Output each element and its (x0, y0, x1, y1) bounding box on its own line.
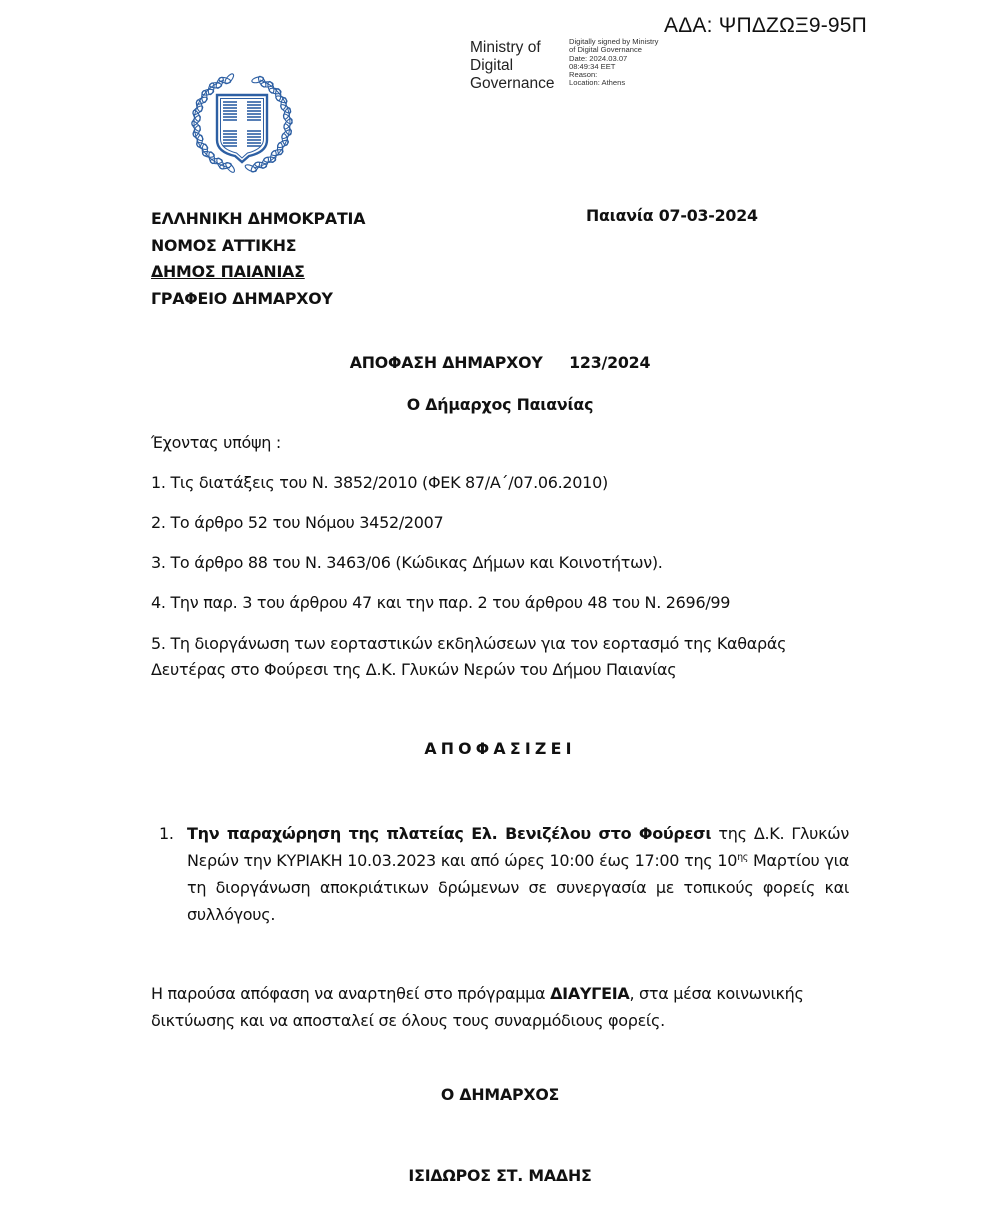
signature-metadata: Digitally signed by Ministry of Digital … (569, 38, 658, 88)
ordinal-superscript: ης (737, 852, 748, 863)
signature-org-line: Digital (470, 57, 554, 75)
decision-item-bold: Την παραχώρηση της πλατείας Ελ. Βενιζέλο… (187, 824, 711, 843)
decision-item-text: Την παραχώρηση της πλατείας Ελ. Βενιζέλο… (187, 820, 849, 928)
signatory-title: Ο ΔΗΜΑΡΧΟΣ (0, 1085, 1000, 1104)
decides-heading: ΑΠΟΦΑΣΙΖΕΙ (0, 739, 1000, 758)
decision-item-number: 1. (159, 820, 174, 847)
signature-org-line: Governance (470, 75, 554, 93)
signature-meta-line: Location: Athens (569, 79, 658, 87)
signatory-name: ΙΣΙΔΩΡΟΣ ΣΤ. ΜΑΔΗΣ (0, 1166, 1000, 1185)
decision-item: 1. Την παραχώρηση της πλατείας Ελ. Βενιζ… (159, 820, 849, 928)
considering-intro: Έχοντας υπόψη : (151, 433, 281, 452)
considering-item: 1. Τις διατάξεις του Ν. 3852/2010 (ΦΕΚ 8… (151, 473, 608, 492)
ada-code: ΑΔΑ: ΨΠΔΖΩΞ9-95Π (664, 14, 867, 38)
issuer-block: ΕΛΛΗΝΙΚΗ ΔΗΜΟΚΡΑΤΙΑ ΝΟΜΟΣ ΑΤΤΙΚΗΣ ΔΗΜΟΣ … (151, 206, 365, 312)
considering-item: 4. Την παρ. 3 του άρθρου 47 και την παρ.… (151, 593, 730, 612)
place-date: Παιανία 07-03-2024 (586, 206, 758, 225)
issuer-municipality: ΔΗΜΟΣ ΠΑΙΑΝΙΑΣ (151, 259, 365, 286)
considering-item: 5. Τη διοργάνωση των εορταστικών εκδηλώσ… (151, 631, 831, 683)
issuer-country: ΕΛΛΗΝΙΚΗ ΔΗΜΟΚΡΑΤΙΑ (151, 206, 365, 233)
signature-organization: Ministry of Digital Governance (470, 39, 554, 93)
considering-item: 2. Το άρθρο 52 του Νόμου 3452/2007 (151, 513, 443, 532)
publication-text: Η παρούσα απόφαση να αναρτηθεί στο πρόγρ… (151, 984, 550, 1003)
considering-item: 3. Το άρθρο 88 του Ν. 3463/06 (Κώδικας Δ… (151, 553, 663, 572)
issuer-prefecture: ΝΟΜΟΣ ΑΤΤΙΚΗΣ (151, 233, 365, 260)
diavgeia-label: ΔΙΑΥΓΕΙΑ (550, 984, 629, 1003)
greek-coat-of-arms-icon (187, 68, 297, 178)
signature-org-line: Ministry of (470, 39, 554, 57)
publication-clause: Η παρούσα απόφαση να αναρτηθεί στο πρόγρ… (151, 980, 851, 1034)
issuer-office: ΓΡΑΦΕΙΟ ΔΗΜΑΡΧΟΥ (151, 286, 365, 313)
decision-title: ΑΠΟΦΑΣΗ ΔΗΜΑΡΧΟΥ 123/2024 (0, 353, 1000, 372)
decision-subtitle: Ο Δήμαρχος Παιανίας (0, 395, 1000, 414)
